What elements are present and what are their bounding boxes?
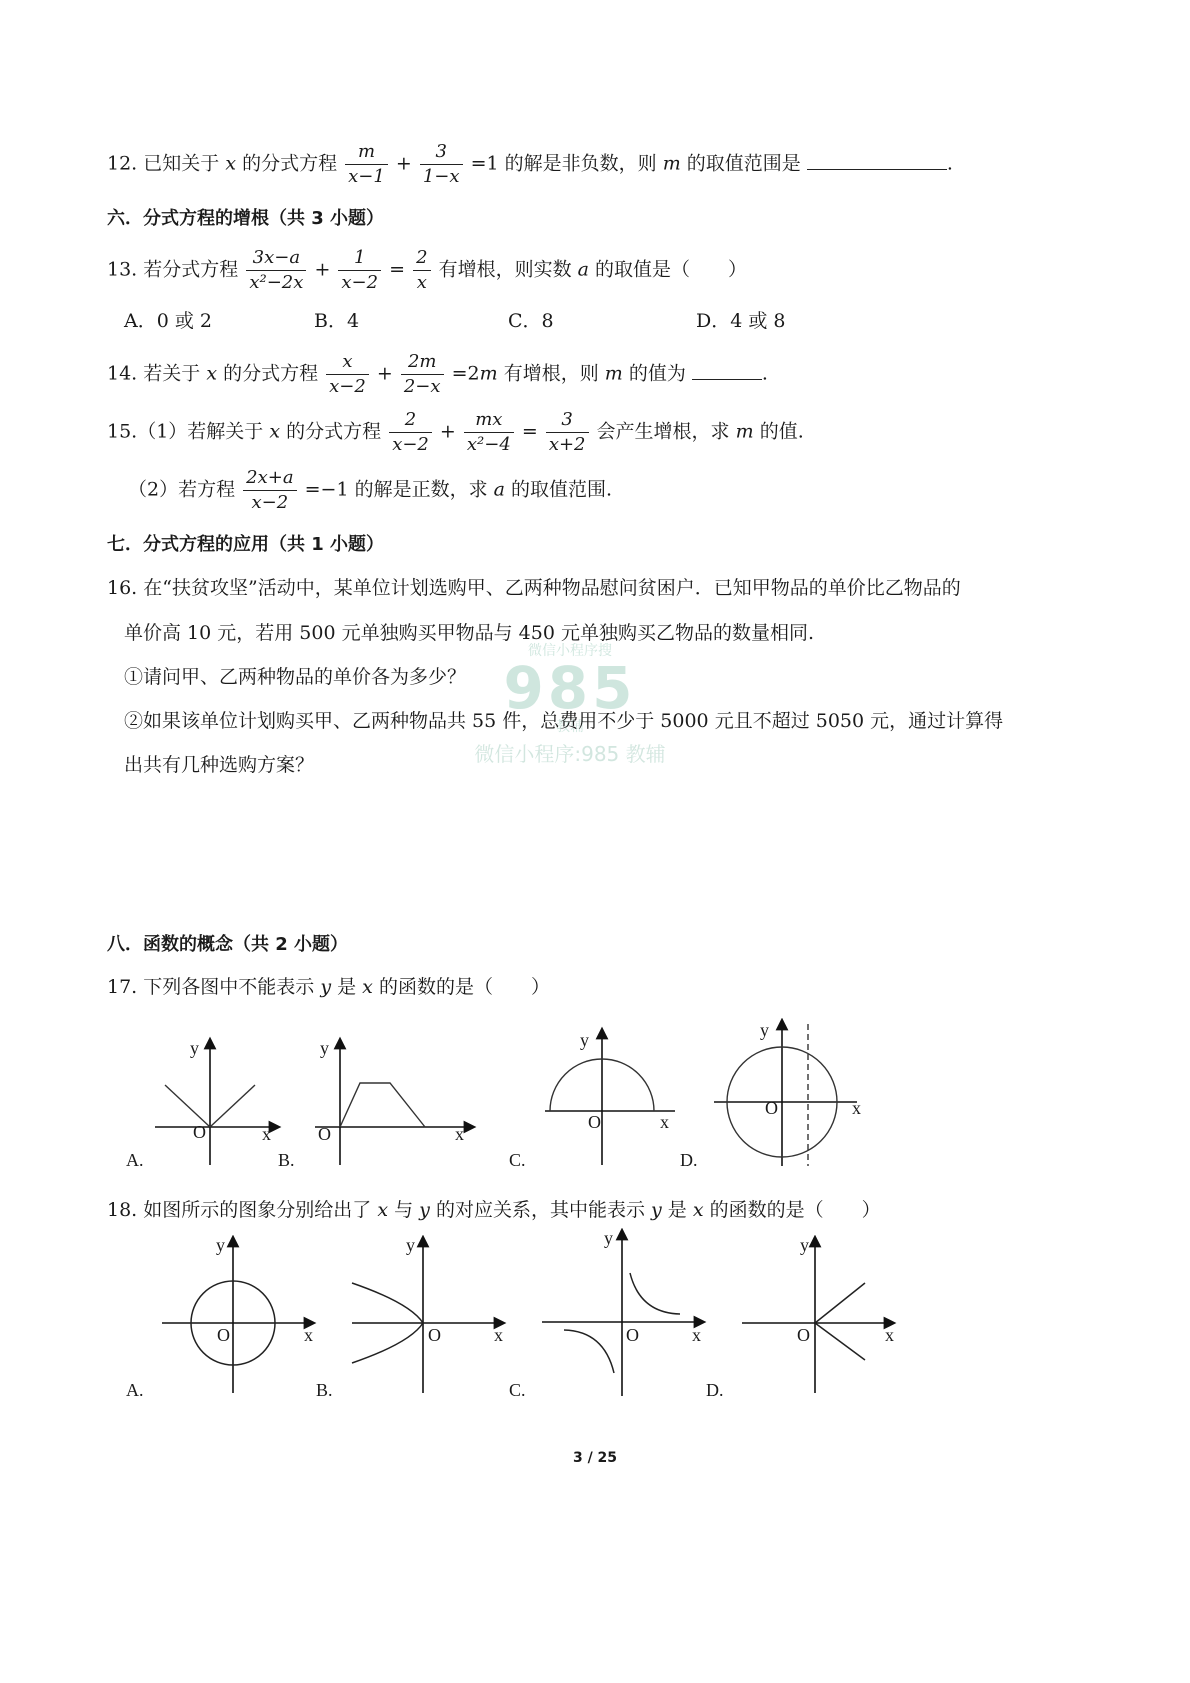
question-number: 18.: [107, 1199, 137, 1221]
graph-label: A.: [126, 1150, 144, 1171]
var: x: [206, 363, 217, 385]
axis-x-label: x: [262, 1124, 271, 1145]
option-a[interactable]: A．0 或 2: [124, 306, 212, 333]
axis-x-label: x: [660, 1112, 669, 1133]
graph-label: D.: [706, 1380, 724, 1401]
axis-y-label: y: [604, 1228, 613, 1249]
text: 的函数的是（ ）: [710, 1199, 881, 1221]
text: =−1: [305, 479, 349, 501]
text: 的分式方程: [242, 153, 337, 175]
answer-blank[interactable]: [807, 169, 947, 170]
var: x: [377, 1199, 388, 1221]
operator: +: [377, 363, 393, 385]
question-13: 13. 若分式方程 3x−ax²−2x + 1x−2 = 2x 有增根，则实数 …: [107, 246, 747, 295]
operator: +: [314, 259, 330, 281]
graph-label: B.: [316, 1380, 333, 1401]
operator: =: [522, 421, 538, 443]
text: （2）若方程: [128, 479, 235, 501]
fraction: mxx²−4: [464, 408, 514, 457]
var: x: [269, 421, 280, 443]
q17-graph-b[interactable]: [310, 1035, 480, 1170]
axis-x-label: x: [494, 1325, 503, 1346]
text: 若关于: [143, 363, 200, 385]
question-16-sub-2: ②如果该单位计划购买甲、乙两种物品共 55 件，总费用不少于 5000 元且不超…: [124, 706, 1003, 733]
text: 在“扶贫攻坚”活动中，某单位计划选购甲、乙两种物品慰问贫困户．已知甲物品的单价比…: [143, 577, 960, 599]
axis-x-label: x: [692, 1325, 701, 1346]
question-16-line-1: 16. 在“扶贫攻坚”活动中，某单位计划选购甲、乙两种物品慰问贫困户．已知甲物品…: [107, 573, 961, 600]
text: 的分式方程: [223, 363, 318, 385]
origin-label: O: [318, 1124, 331, 1145]
var: a: [494, 479, 505, 501]
fraction: 1x−2: [338, 246, 381, 295]
var: m: [663, 153, 681, 175]
text: 与: [394, 1199, 413, 1221]
option-d[interactable]: D．4 或 8: [696, 306, 786, 333]
text: 会产生增根，求: [597, 421, 730, 443]
question-16-line-2: 单价高 10 元，若用 500 元单独购买甲物品与 450 元单独购买乙物品的数…: [124, 618, 814, 645]
axis-x-label: x: [885, 1325, 894, 1346]
text: 已知关于: [143, 153, 219, 175]
var: x: [362, 976, 373, 998]
fraction: 31−x: [420, 140, 463, 189]
section-7-title: 七．分式方程的应用（共 1 小题）: [107, 530, 384, 556]
text: =1: [471, 153, 499, 175]
text: 的函数的是（ ）: [379, 976, 550, 998]
origin-label: O: [626, 1325, 639, 1346]
fraction: mx−1: [345, 140, 388, 189]
text: 若分式方程: [143, 259, 238, 281]
axis-y-label: y: [216, 1235, 225, 1256]
text: 是: [337, 976, 356, 998]
graph-label: C.: [509, 1380, 526, 1401]
origin-label: O: [428, 1325, 441, 1346]
text: .: [762, 363, 768, 385]
section-8-title: 八．函数的概念（共 2 小题）: [107, 930, 348, 956]
text: 是: [668, 1199, 687, 1221]
fraction: 2x+ax−2: [243, 466, 296, 515]
axis-x-label: x: [304, 1325, 313, 1346]
operator: =: [389, 259, 405, 281]
axis-x-label: x: [852, 1098, 861, 1119]
fraction: xx−2: [326, 350, 369, 399]
option-b[interactable]: B．4: [314, 306, 359, 333]
text: 的分式方程: [286, 421, 381, 443]
question-15-part-2: （2）若方程 2x+ax−2 =−1 的解是正数，求 a 的取值范围.: [128, 466, 612, 515]
fraction: 3x+2: [546, 408, 589, 457]
text: 的取值范围.: [511, 479, 612, 501]
question-16-sub-1: ①请问甲、乙两种物品的单价各为多少？: [124, 662, 466, 689]
question-number: 16.: [107, 577, 137, 599]
fraction: 2x: [413, 246, 430, 295]
text: （1）若解关于: [137, 421, 263, 443]
axis-x-label: x: [455, 1124, 464, 1145]
operator: +: [396, 153, 412, 175]
question-17: 17. 下列各图中不能表示 y 是 x 的函数的是（ ）: [107, 972, 550, 999]
axis-y-label: y: [406, 1235, 415, 1256]
page-number: 3 / 25: [0, 1450, 1190, 1466]
text: 有增根，则: [504, 363, 599, 385]
origin-label: O: [217, 1325, 230, 1346]
axis-y-label: y: [580, 1030, 589, 1051]
var: a: [578, 259, 589, 281]
question-number: 14.: [107, 363, 137, 385]
q17-graph-c[interactable]: [540, 1025, 680, 1170]
var: x: [693, 1199, 704, 1221]
var: x: [225, 153, 236, 175]
fraction: 2m2−x: [401, 350, 444, 399]
watermark-bottom: 微信小程序:985 教辅: [450, 738, 690, 767]
text: 的解是非负数，则: [505, 153, 657, 175]
fraction: 2x−2: [389, 408, 432, 457]
var: y: [419, 1199, 430, 1221]
origin-label: O: [797, 1325, 810, 1346]
q18-graph-a[interactable]: [160, 1235, 320, 1395]
operator: +: [440, 421, 456, 443]
text: .: [947, 153, 953, 175]
answer-blank[interactable]: [692, 379, 762, 380]
text: 的值为: [629, 363, 686, 385]
axis-y-label: y: [320, 1038, 329, 1059]
section-6-title: 六．分式方程的增根（共 3 小题）: [107, 204, 384, 230]
q18-graph-b[interactable]: [350, 1235, 510, 1395]
var: m: [480, 363, 498, 385]
graph-label: B.: [278, 1150, 295, 1171]
text: 的解是正数，求: [355, 479, 488, 501]
question-number: 12.: [107, 153, 137, 175]
graph-label: D.: [680, 1150, 698, 1171]
graph-label: C.: [509, 1150, 526, 1171]
axis-y-label: y: [190, 1038, 199, 1059]
text: 的取值是（ ）: [595, 259, 747, 281]
q18-graph-d[interactable]: [740, 1235, 900, 1395]
question-number: 13.: [107, 259, 137, 281]
text: 的对应关系，其中能表示: [436, 1199, 645, 1221]
question-18: 18. 如图所示的图象分别给出了 x 与 y 的对应关系，其中能表示 y 是 x…: [107, 1195, 881, 1222]
graph-label: A.: [126, 1380, 144, 1401]
q17-graph-d[interactable]: [712, 1018, 872, 1168]
question-number: 17.: [107, 976, 137, 998]
question-14: 14. 若关于 x 的分式方程 xx−2 + 2m2−x =2m 有增根，则 m…: [107, 350, 768, 399]
text: 有增根，则实数: [439, 259, 572, 281]
text: =2: [452, 363, 480, 385]
fraction: 3x−ax²−2x: [246, 246, 306, 295]
var: y: [651, 1199, 662, 1221]
var: m: [605, 363, 623, 385]
question-16-sub-2-cont: 出共有几种选购方案？: [124, 750, 314, 777]
axis-y-label: y: [800, 1235, 809, 1256]
origin-label: O: [588, 1112, 601, 1133]
var: y: [320, 976, 331, 998]
option-c[interactable]: C．8: [508, 306, 554, 333]
var: m: [736, 421, 754, 443]
origin-label: O: [193, 1122, 206, 1143]
text: 如图所示的图象分别给出了: [143, 1199, 371, 1221]
axis-y-label: y: [760, 1020, 769, 1041]
q18-graph-c[interactable]: [540, 1228, 710, 1398]
q17-graph-a[interactable]: [150, 1035, 290, 1170]
text: 的取值范围是: [687, 153, 801, 175]
question-number: 15.: [107, 421, 137, 443]
text: 的值.: [760, 421, 804, 443]
text: 下列各图中不能表示: [143, 976, 314, 998]
question-15-part-1: 15.（1）若解关于 x 的分式方程 2x−2 + mxx²−4 = 3x+2 …: [107, 408, 804, 457]
question-12: 12. 已知关于 x 的分式方程 mx−1 + 31−x =1 的解是非负数，则…: [107, 140, 953, 189]
origin-label: O: [765, 1098, 778, 1119]
